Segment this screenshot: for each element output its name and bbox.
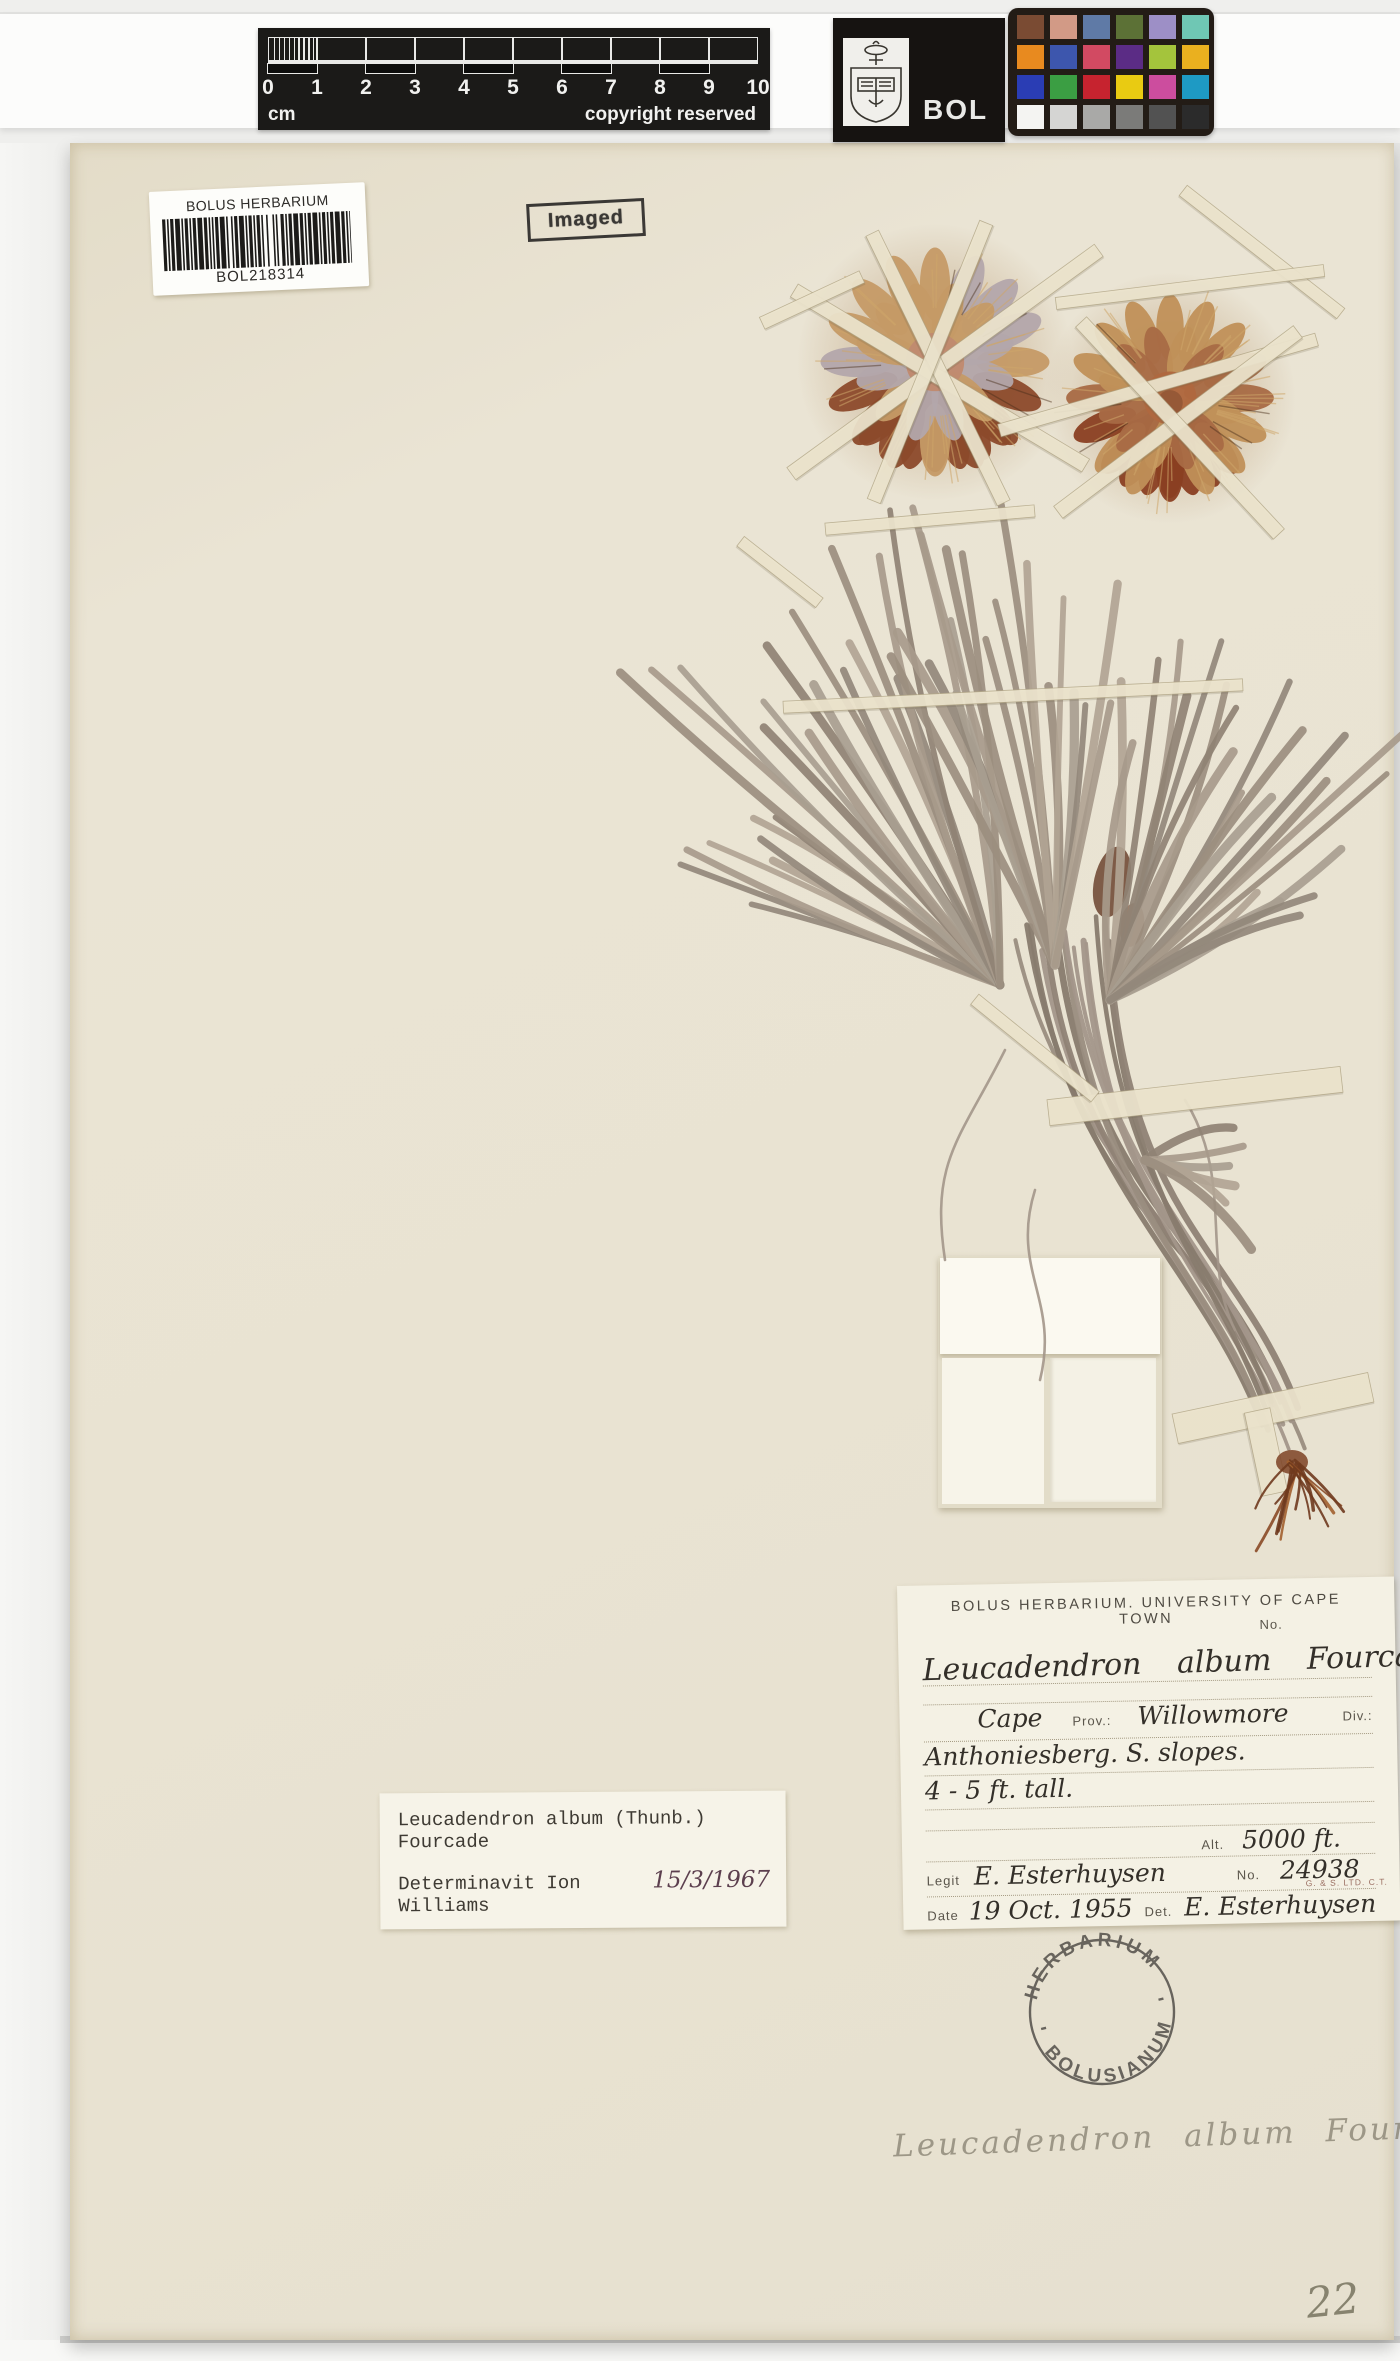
color-patch: [1017, 75, 1044, 99]
scale-cm-cell: [513, 37, 562, 61]
locality-value: Anthoniesberg. S. slopes.: [924, 1736, 1246, 1771]
scanner-background-left: [0, 143, 70, 2361]
scale-cm-cell: [268, 37, 317, 61]
scale-tick: 2: [360, 76, 372, 100]
scale-unit-label: cm: [268, 104, 295, 126]
scale-cm-cell: [611, 37, 660, 61]
number-field-label: No.: [1237, 1867, 1261, 1882]
color-patch: [1017, 45, 1044, 69]
scale-block: [268, 64, 317, 73]
scale-tick: 1: [311, 76, 323, 100]
determinavit-label: Leucadendron album (Thunb.) Fourcade Det…: [380, 1791, 787, 1930]
scale-block: [562, 64, 611, 73]
color-patch: [1116, 105, 1143, 129]
scale-bar: 0 1 2 3 4 5 6 7 8 9 10 cm copyright rese…: [258, 28, 770, 130]
svg-text:BOLUSIANUM: BOLUSIANUM: [1038, 2012, 1189, 2102]
color-patch: [1116, 15, 1143, 39]
bol-label: BOL: [923, 94, 988, 126]
color-patch: [1083, 75, 1110, 99]
scale-tick: 8: [654, 76, 666, 100]
uct-crest-icon: [843, 38, 909, 126]
stamp-bottom-text: BOLUSIANUM: [1038, 2012, 1189, 2102]
sheet-number: 22: [1304, 2273, 1362, 2327]
scanner-background-bottom: [0, 2340, 1400, 2361]
imaged-stamp: Imaged: [526, 198, 646, 242]
scale-cm-cell: [709, 37, 758, 61]
date-field-label: Date: [927, 1908, 959, 1924]
division-value: Willowmore: [1137, 1699, 1289, 1731]
packet-left-fold: [942, 1358, 1044, 1504]
color-checker: [1008, 8, 1214, 136]
stamp-right-dash: -: [1155, 1987, 1167, 2010]
division-field-label: Div.:: [1342, 1708, 1372, 1724]
barcode-icon: [160, 211, 358, 272]
scale-block: [366, 64, 415, 73]
no-field-label: No.: [1259, 1617, 1283, 1633]
scale-block: [660, 64, 709, 73]
color-patch: [1149, 45, 1176, 69]
stamp-left-dash: -: [1037, 2016, 1049, 2039]
det-date: 15/3/1967: [652, 1867, 770, 1894]
packet-flap: [940, 1258, 1160, 1354]
color-patch: [1149, 15, 1176, 39]
det-determiner-text: Determinavit Ion Williams: [398, 1872, 644, 1918]
legit-field-label: Legit: [927, 1873, 960, 1889]
altitude-value: 5000 ft.: [1242, 1824, 1341, 1855]
scale-tick: 7: [605, 76, 617, 100]
color-patch: [1182, 105, 1209, 129]
color-patch: [1182, 15, 1209, 39]
scale-tick: 9: [703, 76, 715, 100]
scale-tick: 6: [556, 76, 568, 100]
province-field-label: Prov.:: [1072, 1713, 1111, 1729]
color-patch: [1050, 45, 1077, 69]
det-determiner-line: Determinavit Ion Williams 15/3/1967: [398, 1867, 770, 1918]
bol-logo-card: BOL: [833, 18, 1005, 142]
color-patch: [1050, 105, 1077, 129]
color-patch: [1149, 75, 1176, 99]
scale-block: [464, 64, 513, 73]
province-value: Cape: [977, 1703, 1042, 1733]
specimen-packet: [938, 1256, 1162, 1508]
scale-cm-cell: [317, 37, 366, 61]
color-patch: [1182, 45, 1209, 69]
determiner-value: E. Esterhuysen: [1184, 1889, 1377, 1922]
collection-label: BOLUS HERBARIUM. UNIVERSITY OF CAPE TOWN…: [897, 1576, 1400, 1929]
scale-tick-row: 0 1 2 3 4 5 6 7 8 9 10: [268, 76, 768, 102]
barcode-label: BOLUS HERBARIUM BOL218314: [149, 182, 369, 296]
scanner-background-right: [1394, 143, 1400, 2361]
color-patch: [1050, 15, 1077, 39]
color-patch: [1083, 105, 1110, 129]
color-patch: [1182, 75, 1209, 99]
scale-cm-cell: [415, 37, 464, 61]
species-line: Leucadendron album Fourcade: [922, 1631, 1372, 1687]
scale-cm-cell: [464, 37, 513, 61]
habit-value: 4 - 5 ft. tall.: [925, 1774, 1074, 1806]
det-species-line: Leucadendron album (Thunb.) Fourcade: [398, 1807, 770, 1854]
color-patch: [1083, 45, 1110, 69]
printer-mark: G. & S. LTD. C.T.: [1306, 1877, 1388, 1889]
color-patch: [1116, 75, 1143, 99]
scale-tick: 4: [458, 76, 470, 100]
scale-tick: 10: [746, 76, 769, 100]
scale-cm-cell: [562, 37, 611, 61]
color-patch: [1116, 45, 1143, 69]
scale-cm-cell: [366, 37, 415, 61]
copyright-label: copyright reserved: [585, 104, 756, 126]
herbarium-sheet: [70, 143, 1394, 2340]
collector-value: E. Esterhuysen: [974, 1858, 1167, 1891]
scale-tick: 3: [409, 76, 421, 100]
scale-cm-cell: [660, 37, 709, 61]
herbarium-scan: 0 1 2 3 4 5 6 7 8 9 10 cm copyright rese…: [0, 0, 1400, 2361]
color-patch: [1050, 75, 1077, 99]
packet-right-fold: [1050, 1358, 1156, 1502]
color-patch: [1017, 105, 1044, 129]
color-patch: [1017, 15, 1044, 39]
color-patch: [1149, 105, 1176, 129]
color-patch: [1083, 15, 1110, 39]
altitude-field-label: Alt.: [1201, 1837, 1224, 1852]
scale-tick: 5: [507, 76, 519, 100]
scale-tick: 0: [262, 76, 274, 100]
